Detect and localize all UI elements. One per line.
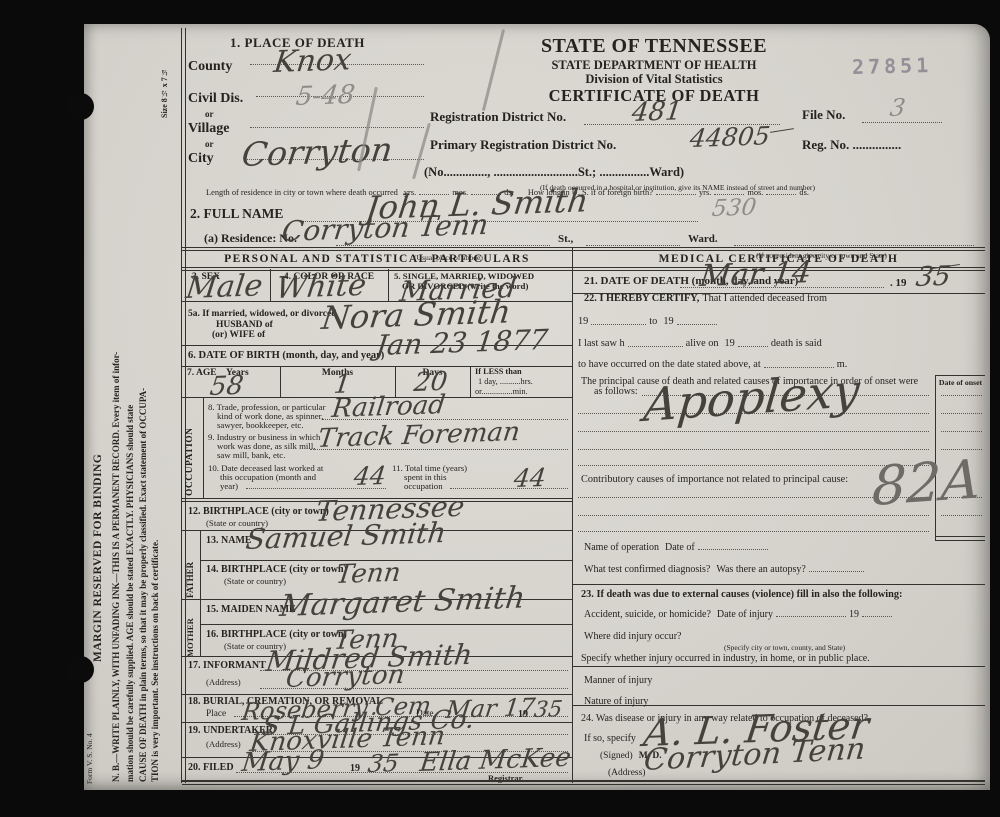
dob-label: 6. DATE OF BIRTH (month, day, and year) [188, 350, 384, 361]
cell-border [203, 397, 204, 498]
full-name-label: 2. FULL NAME [190, 207, 283, 221]
test-line: What test confirmed diagnosis? Was there… [584, 562, 974, 575]
form-border [181, 28, 182, 783]
trade-value: Railroad [330, 392, 446, 422]
dob-value: Jan 23 1877 [374, 326, 549, 360]
operation-line: Name of operation Date of [584, 540, 974, 553]
column-divider [572, 247, 573, 783]
filed-year-value: 35 [367, 751, 401, 776]
primary-district-value: 44805 [688, 123, 771, 151]
fill-line [656, 194, 696, 195]
scanned-death-certificate: Form V. S. No. 4 MARGIN RESERVED FOR BIN… [0, 0, 1000, 817]
division-title: Division of Vital Statistics [524, 73, 784, 86]
principal-cause-label: as follows: [594, 387, 638, 398]
file-no-value: 3 [889, 95, 907, 120]
village-line [250, 127, 424, 128]
primary-district-label: Primary Registration District No. [430, 138, 616, 152]
filed-date-value: May 9 [240, 747, 325, 776]
cause-line [941, 431, 982, 432]
cause-line [578, 449, 929, 450]
contributory-line [941, 515, 982, 516]
punch-hole-bottom [67, 656, 94, 683]
burial-place-label: Place [206, 710, 226, 720]
contributory-line [578, 531, 929, 532]
less-than-label: 1 day, ..........hrs. [478, 378, 533, 387]
fill-line [698, 549, 768, 550]
county-value: Knox [272, 45, 353, 78]
principal-cause-value: Apoplexy [642, 367, 862, 428]
total-time-line [450, 488, 568, 489]
total-time-value: 44 [512, 465, 547, 491]
st-line [586, 245, 680, 246]
sex-value: Male [184, 271, 264, 304]
cause-line [941, 413, 982, 414]
registrar-signature: Ella McKee [418, 745, 572, 776]
cell-border [200, 530, 201, 599]
st-label: St., [558, 234, 573, 246]
margin-nb-line-2: mation should be carefully supplied. AGE… [125, 52, 135, 782]
village-label: Village [188, 122, 229, 137]
rule [181, 247, 985, 248]
father-side-label: FATHER [185, 532, 195, 598]
ward-label: Ward. [688, 234, 718, 246]
mother-birthplace-label: 16. BIRTHPLACE (city or town) [206, 630, 347, 641]
pencil-number: 530 [711, 196, 758, 221]
manner-line: Manner of injury [584, 673, 976, 686]
fill-line [677, 324, 717, 325]
address-label: (Address) [206, 740, 241, 749]
residence-line [336, 245, 550, 246]
department-title: STATE DEPARTMENT OF HEALTH [524, 59, 784, 72]
margin-form-number: Form V. S. No. 4 [85, 700, 94, 784]
last-saw-line: I last saw h alive on 19 death is said [578, 337, 982, 350]
spouse-label: 5a. If married, widowed, or divorced [188, 310, 336, 320]
registration-district-value: 481 [630, 98, 683, 126]
fill-line [628, 346, 683, 347]
birthplace-label: 12. BIRTHPLACE (city or town) [188, 507, 329, 518]
margin-nb-line-4: TION is very important. See instructions… [150, 52, 160, 782]
cell-border [200, 599, 201, 656]
margin-reserved-note: MARGIN RESERVED FOR BINDING [92, 256, 104, 662]
father-birthplace-value: Tenn [334, 560, 402, 588]
registration-district-label: Registration District No. [430, 110, 566, 124]
specify-injury-label: Specify whether injury occurred in indus… [581, 654, 870, 665]
where-note: (Specify city or town, county, and State… [724, 644, 845, 652]
address-label: (Address) [206, 678, 241, 687]
rule [181, 250, 985, 251]
contributory-label: Contributory causes of importance not re… [581, 475, 848, 486]
rule [182, 780, 985, 782]
address-line: (Address) [608, 766, 908, 779]
city-value: Corryton [240, 133, 395, 171]
onset-box-border [935, 536, 985, 537]
industry-label: saw mill, bank, etc. [217, 451, 285, 460]
rule [572, 584, 985, 585]
personal-section-title: PERSONAL AND STATISTICAL PARTICULARS [182, 253, 572, 265]
fill-line [776, 616, 846, 617]
rule [182, 267, 572, 268]
fill-line [766, 194, 796, 195]
informant-address-value: Corryton [284, 662, 406, 692]
cell-border [470, 366, 471, 397]
county-label: County [188, 60, 232, 75]
street-ward-line: (No.............., .....................… [424, 166, 684, 179]
where-injury-line: Where did injury occur? [584, 629, 976, 642]
last-worked-value: 44 [352, 463, 387, 489]
civil-district-value: 5-48 [294, 82, 356, 110]
or-label: or [205, 140, 214, 149]
state-title: STATE OF TENNESSEE [524, 36, 784, 57]
rule [182, 784, 985, 785]
cause-line [941, 395, 982, 396]
margin-size-note: Size 8½ x 7¼ [160, 30, 169, 118]
printed-19: . 19 [890, 278, 907, 290]
or-label: or [205, 110, 214, 119]
burial-year-value: 35 [533, 699, 564, 722]
last-worked-label: year) [220, 482, 238, 491]
contributory-value: 82A [871, 453, 981, 514]
accident-line: Accident, suicide, or homicide? Date of … [584, 607, 976, 620]
printed-19: 19 [350, 764, 360, 775]
informant-label: 17. INFORMANT [188, 661, 266, 672]
father-name-value: Samuel Smith [244, 519, 447, 554]
mother-side-label: MOTHER [185, 601, 195, 657]
margin-nb-line-1: N. B.—WRITE PLAINLY, WITH UNFADING INK—T… [111, 52, 121, 782]
fill-line [809, 571, 864, 572]
fill-line [591, 324, 646, 325]
punch-hole-top [67, 93, 94, 120]
certify-line: 22. I HEREBY CERTIFY, That I attended de… [584, 292, 976, 305]
rule [572, 666, 985, 667]
father-birthplace-label: 14. BIRTHPLACE (city or town) [206, 565, 347, 576]
onset-box-border [935, 375, 985, 376]
less-than-label: or...............min. [475, 388, 528, 397]
total-time-label: occupation [404, 482, 443, 491]
residence-value: Corryton Tenn [280, 211, 490, 246]
less-than-label: If LESS than [475, 368, 522, 377]
date-of-death-value: Mar 14 [698, 258, 813, 292]
fill-line [862, 616, 892, 617]
mother-name-value: Margaret Smith [278, 584, 527, 622]
trade-label: sawyer, bookkeeper, etc. [217, 421, 304, 430]
cause-line [578, 431, 929, 432]
city-label: City [188, 152, 214, 167]
printed-19: 19 [518, 710, 528, 721]
pencil-mark [482, 29, 505, 111]
file-stamp-number: 27851 [852, 53, 933, 79]
margin-nb-line-3: CAUSE OF DEATH in plain terms, so that i… [138, 52, 148, 782]
filed-label: 20. FILED [188, 763, 234, 774]
spouse-label: (or) WIFE of [212, 331, 265, 341]
industry-value: Track Foreman [316, 419, 521, 452]
certificate-paper: Form V. S. No. 4 MARGIN RESERVED FOR BIN… [84, 24, 990, 790]
file-no-label: File No. [802, 108, 845, 122]
civil-district-label: Civil Dis. [188, 92, 243, 107]
state-country-note: (State or country) [224, 577, 286, 586]
fill-line [738, 346, 768, 347]
occupation-side-label: OCCUPATION [185, 400, 195, 496]
external-causes-label: 23. If death was due to external causes … [581, 590, 902, 601]
file-no-line [862, 122, 942, 123]
pen-dash [770, 128, 794, 133]
attended-from-line: 19 to 19 [578, 315, 982, 328]
ward-line [734, 245, 974, 246]
age-years-value: 58 [208, 373, 244, 400]
date-of-onset-label: Date of onset [936, 379, 985, 387]
reg-no-label: Reg. No. ............... [802, 138, 901, 152]
residence-length-line: Length of residence in city or town wher… [206, 185, 980, 198]
state-heading-block: STATE OF TENNESSEE STATE DEPARTMENT OF H… [524, 36, 784, 105]
